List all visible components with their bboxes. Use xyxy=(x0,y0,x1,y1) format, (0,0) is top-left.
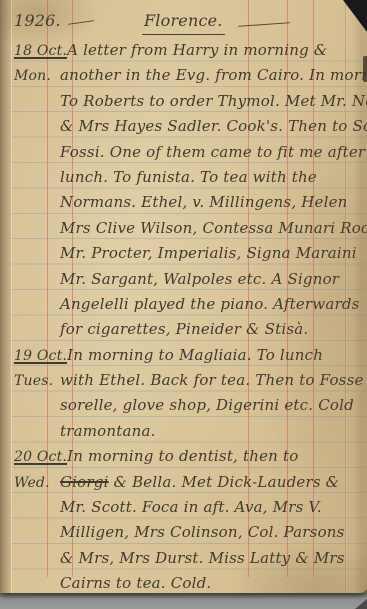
diary-text: Fossi. One of them came to fit me after xyxy=(60,140,365,165)
diary-text: Milligen, Mrs Colinson, Col. Parsons xyxy=(60,520,356,545)
entry-date: 18 Oct. xyxy=(14,39,67,64)
diary-line: To Roberts to order Thymol. Met Mr. Norm… xyxy=(14,89,356,114)
text-segment: Angelelli played the piano. Afterwards xyxy=(60,295,360,313)
diary-line: 18 Oct.A letter from Harry in morning & xyxy=(14,38,356,63)
handwriting-layer: 1926. Florence. 18 Oct.A letter from Har… xyxy=(14,8,356,597)
pen-flourish xyxy=(238,22,290,27)
diary-line: & Mrs Hayes Sadler. Cook's. Then to Sore… xyxy=(14,114,356,139)
text-segment: To Roberts to order Thymol. Met Mr. Norm… xyxy=(60,92,367,110)
diary-text: Normans. Ethel, v. Millingens, Helen xyxy=(60,190,356,215)
diary-line: for cigarettes, Pineider & Stisà. xyxy=(14,317,356,342)
diary-line: tramontana. xyxy=(14,419,356,444)
text-segment: In morning to Magliaia. To lunch xyxy=(67,346,323,364)
text-segment: Cairns to tea. Cold. xyxy=(60,574,211,592)
text-segment: Mr. Sargant, Walpoles etc. A Signor xyxy=(60,270,339,288)
text-segment: sorelle, glove shop, Digerini etc. Cold xyxy=(60,396,354,414)
diary-line: 20 Oct.In morning to dentist, then to xyxy=(14,444,356,469)
entry-day: Wed. xyxy=(14,471,60,496)
text-segment: & Mrs Hayes Sadler. Cook's. Then to Sore… xyxy=(60,117,367,135)
diary-line: lunch. To funista. To tea with the xyxy=(14,165,356,190)
diary-text: A letter from Harry in morning & xyxy=(67,38,356,63)
pen-flourish xyxy=(68,20,94,25)
diary-line: Normans. Ethel, v. Millingens, Helen xyxy=(14,190,356,215)
diary-text: sorelle, glove shop, Digerini etc. Cold xyxy=(60,393,356,418)
torn-corner xyxy=(343,0,367,32)
diary-text: To Roberts to order Thymol. Met Mr. Norm… xyxy=(60,89,367,114)
diary-text: & Mrs Hayes Sadler. Cook's. Then to Sore… xyxy=(60,114,367,139)
binding-highlight xyxy=(11,0,12,593)
diary-text: for cigarettes, Pineider & Stisà. xyxy=(60,317,356,342)
entry-day: Mon. xyxy=(14,64,60,89)
diary-line: Milligen, Mrs Colinson, Col. Parsons xyxy=(14,520,356,545)
text-segment: tramontana. xyxy=(60,422,156,440)
diary-text: Mr. Procter, Imperialis, Signa Maraini xyxy=(60,241,357,266)
diary-line: 19 Oct.In morning to Magliaia. To lunch xyxy=(14,343,356,368)
page-header: 1926. Florence. xyxy=(14,8,356,38)
text-segment: Mrs Clive Wilson, Contessa Munari Rocca xyxy=(60,219,367,237)
text-segment: & Mrs, Mrs Durst. Miss Latty & Mrs xyxy=(60,549,345,567)
diary-text: with Ethel. Back for tea. Then to Fosse xyxy=(60,368,364,393)
diary-line: Mon.another in the Evg. from Cairo. In m… xyxy=(14,63,356,88)
text-segment: In morning to dentist, then to xyxy=(67,447,298,465)
diary-text: lunch. To funista. To tea with the xyxy=(60,165,356,190)
text-segment: for cigarettes, Pineider & Stisà. xyxy=(60,320,308,338)
diary-text: Giorgi & Bella. Met Dick-Lauders & xyxy=(60,470,356,495)
diary-line: Wed.Giorgi & Bella. Met Dick-Lauders & xyxy=(14,470,356,495)
diary-line: Tues.with Ethel. Back for tea. Then to F… xyxy=(14,368,356,393)
diary-line: Mrs Clive Wilson, Contessa Munari Rocca xyxy=(14,216,356,241)
bottom-corner-shadow xyxy=(355,599,367,609)
diary-line: sorelle, glove shop, Digerini etc. Cold xyxy=(14,393,356,418)
text-segment: Normans. Ethel, v. Millingens, Helen xyxy=(60,193,348,211)
diary-text: another in the Evg. from Cairo. In morn. xyxy=(60,63,367,88)
page-title: Florence. xyxy=(142,8,225,35)
diary-page: 1926. Florence. 18 Oct.A letter from Har… xyxy=(0,0,367,593)
diary-line: Mr. Sargant, Walpoles etc. A Signor xyxy=(14,267,356,292)
text-segment: Mr. Procter, Imperialis, Signa Maraini xyxy=(60,244,357,262)
diary-line: Mr. Procter, Imperialis, Signa Maraini xyxy=(14,241,356,266)
year-label: 1926. xyxy=(14,11,61,30)
diary-text: tramontana. xyxy=(60,419,356,444)
text-segment: with Ethel. Back for tea. Then to Fosse xyxy=(60,371,364,389)
diary-text: & Mrs, Mrs Durst. Miss Latty & Mrs xyxy=(60,546,356,571)
diary-line: Cairns to tea. Cold. xyxy=(14,571,356,596)
diary-lines: 18 Oct.A letter from Harry in morning &M… xyxy=(14,38,356,597)
diary-text: Cairns to tea. Cold. xyxy=(60,571,356,596)
text-segment: & Bella. Met Dick-Lauders & xyxy=(109,473,340,491)
text-segment: Milligen, Mrs Colinson, Col. Parsons xyxy=(60,523,345,541)
text-segment: another in the Evg. from Cairo. In morn. xyxy=(60,66,367,84)
diary-text: Angelelli played the piano. Afterwards xyxy=(60,292,360,317)
text-segment: Fossi. One of them came to fit me after xyxy=(60,143,365,161)
entry-date: 20 Oct. xyxy=(14,445,67,470)
diary-text: Mrs Clive Wilson, Contessa Munari Rocca xyxy=(60,216,367,241)
diary-line: Mr. Scott. Foca in aft. Ava, Mrs V. xyxy=(14,495,356,520)
diary-line: Angelelli played the piano. Afterwards xyxy=(14,292,356,317)
diary-text: Mr. Scott. Foca in aft. Ava, Mrs V. xyxy=(60,495,356,520)
entry-date: 19 Oct. xyxy=(14,344,67,369)
diary-photo: 1926. Florence. 18 Oct.A letter from Har… xyxy=(0,0,367,609)
diary-text: Mr. Sargant, Walpoles etc. A Signor xyxy=(60,267,356,292)
diary-line: & Mrs, Mrs Durst. Miss Latty & Mrs xyxy=(14,546,356,571)
entry-day: Tues. xyxy=(14,369,60,394)
text-segment: Mr. Scott. Foca in aft. Ava, Mrs V. xyxy=(60,498,322,516)
diary-text: In morning to dentist, then to xyxy=(67,444,356,469)
diary-text: In morning to Magliaia. To lunch xyxy=(67,343,356,368)
text-segment: lunch. To funista. To tea with the xyxy=(60,168,317,186)
struck-word: Giorgi xyxy=(60,473,109,491)
text-segment: A letter from Harry in morning & xyxy=(67,41,327,59)
diary-line: Fossi. One of them came to fit me after xyxy=(14,140,356,165)
